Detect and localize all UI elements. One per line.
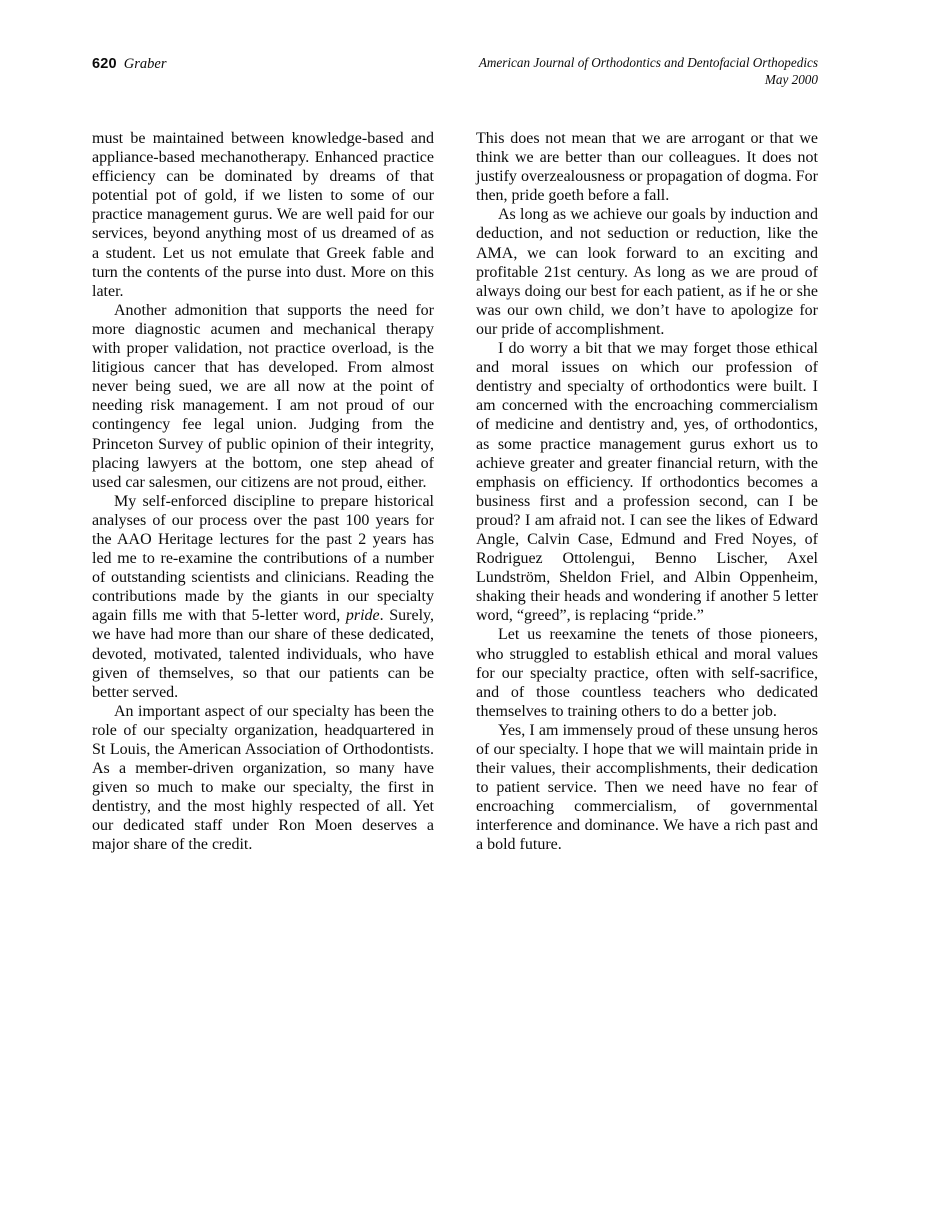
article-body: must be maintained between knowledge-bas…	[92, 129, 818, 855]
paragraph: I do worry a bit that we may forget thos…	[476, 339, 818, 625]
paragraph: My self-enforced discipline to prepare h…	[92, 492, 434, 702]
journal-title: American Journal of Orthodontics and Den…	[479, 55, 818, 72]
paragraph-continuation: This does not mean that we are arrogant …	[476, 129, 818, 205]
right-column: This does not mean that we are arrogant …	[476, 129, 818, 855]
paragraph: Yes, I am immensely proud of these unsun…	[476, 721, 818, 855]
running-head-left: 620Graber	[92, 55, 167, 73]
paragraph: Let us reexamine the tenets of those pio…	[476, 625, 818, 720]
paragraph: As long as we achieve our goals by induc…	[476, 205, 818, 339]
issue-date: May 2000	[479, 72, 818, 89]
paragraph: An important aspect of our specialty has…	[92, 702, 434, 855]
page-number: 620	[92, 56, 117, 72]
paragraph: Another admonition that supports the nee…	[92, 301, 434, 492]
paragraph-continuation: must be maintained between knowledge-bas…	[92, 129, 434, 301]
running-author: Graber	[124, 56, 167, 72]
running-head: 620Graber American Journal of Orthodonti…	[92, 55, 818, 88]
emphasized-word: pride	[346, 607, 380, 624]
running-head-right: American Journal of Orthodontics and Den…	[479, 55, 818, 88]
paragraph-text: My self-enforced discipline to prepare h…	[92, 493, 434, 625]
journal-page: 620Graber American Journal of Orthodonti…	[0, 0, 950, 1230]
left-column: must be maintained between knowledge-bas…	[92, 129, 434, 855]
